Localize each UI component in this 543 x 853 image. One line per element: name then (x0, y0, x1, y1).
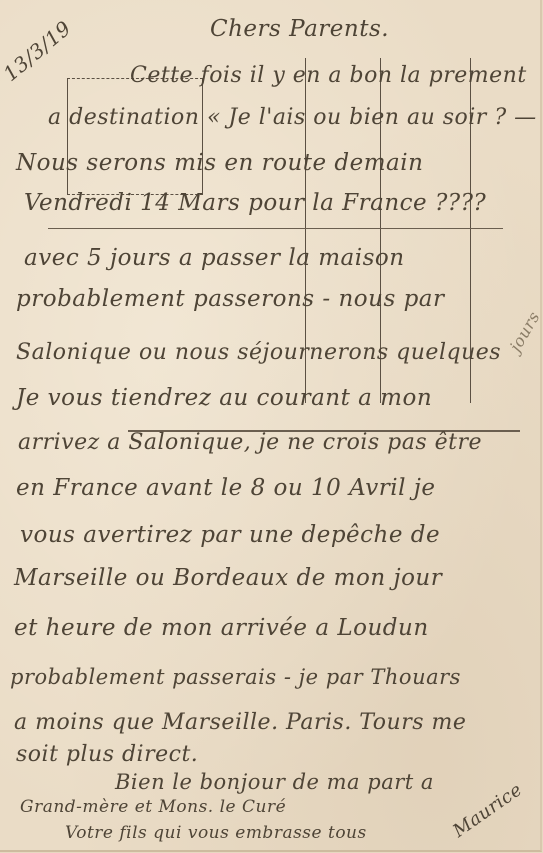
body-line: en France avant le 8 ou 10 Avril je (16, 475, 436, 501)
body-line: Marseille ou Bordeaux de mon jour (14, 565, 442, 591)
body-line: a moins que Marseille. Paris. Tours me (14, 710, 466, 735)
body-line: et heure de mon arrivée a Loudun (14, 615, 429, 641)
body-line: Nous serons mis en route demain (16, 150, 423, 176)
margin-note: jours (506, 308, 543, 355)
body-line: Je vous tiendrez au courant a mon (16, 385, 432, 411)
salutation: Chers Parents. (210, 16, 389, 42)
body-line-underlined: Vendredi 14 Mars pour la France ???? (24, 190, 486, 216)
body-line: Salonique ou nous séjournerons quelques (16, 340, 501, 365)
body-line: a destination « Je l'ais ou bien au soir… (48, 105, 537, 130)
body-line: soit plus direct. (16, 742, 198, 767)
date: 13/3/19 (0, 16, 76, 86)
postcard: 13/3/19 Chers Parents. Cette fois il y e… (0, 0, 542, 852)
body-line: vous avertirez par une depêche de (20, 522, 440, 548)
closing-line: Votre fils qui vous embrasse tous (65, 823, 367, 843)
signature: Maurice (449, 779, 526, 842)
body-line: Cette fois il y en a bon la prement (130, 63, 527, 88)
body-line: probablement passerais - je par Thouars (10, 665, 461, 689)
stamp-box-outline (67, 78, 203, 195)
underline-rule (48, 228, 503, 229)
closing-line: Grand-mère et Mons. le Curé (20, 797, 286, 817)
body-line: arrivez a Salonique, je ne crois pas êtr… (18, 430, 482, 455)
closing-line: Bien le bonjour de ma part a (115, 770, 434, 794)
body-line: probablement passerons - nous par (16, 286, 445, 312)
body-line: avec 5 jours a passer la maison (24, 245, 405, 271)
